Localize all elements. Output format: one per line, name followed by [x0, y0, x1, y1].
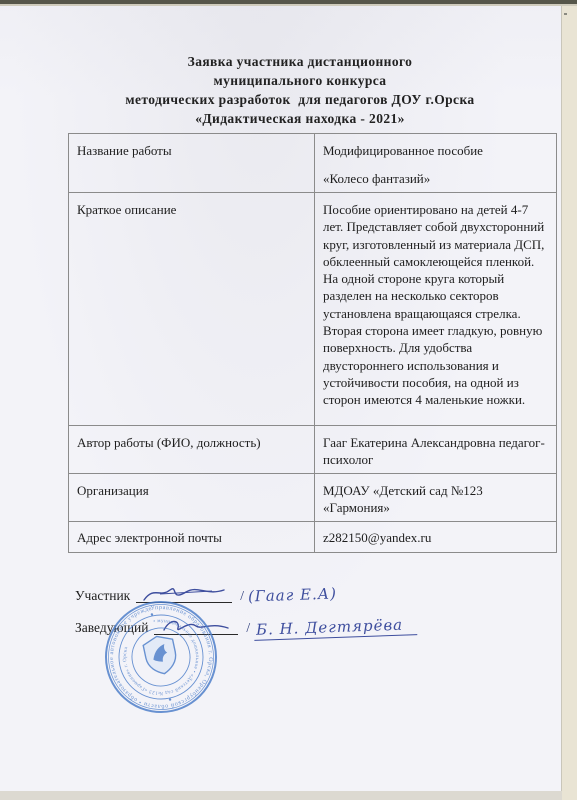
- table-row: Адрес электронной почты z282150@yandex.r…: [69, 521, 557, 552]
- row-value-description: Пособие ориентировано на детей 4-7 лет. …: [315, 193, 557, 426]
- work-title-line-1: Модифицированное пособие: [323, 142, 548, 159]
- row-label-organization: Организация: [69, 474, 315, 522]
- application-form-table: Название работы Модифицированное пособие…: [68, 133, 557, 553]
- head-signature-line: [154, 618, 238, 635]
- head-signature-row: Заведующий/Б. Н. Дегтярёва: [75, 618, 417, 650]
- head-name-handwritten: Б. Н. Дегтярёва: [254, 615, 418, 641]
- row-value-work-title: Модифицированное пособие «Колесо фантази…: [315, 134, 557, 193]
- participant-signature-stroke: [140, 584, 228, 606]
- row-value-email: z282150@yandex.ru: [315, 521, 557, 552]
- row-label-author: Автор работы (ФИО, должность): [69, 426, 315, 474]
- table-row: Название работы Модифицированное пособие…: [69, 134, 557, 193]
- row-label-description: Краткое описание: [69, 193, 315, 426]
- signature-separator: /: [246, 620, 250, 635]
- row-label-email: Адрес электронной почты: [69, 521, 315, 552]
- scan-edge-top-shadow: [0, 4, 577, 6]
- participant-name-handwritten: (Гааг Е.А): [248, 584, 338, 605]
- table-row: Автор работы (ФИО, должность) Гааг Екате…: [69, 426, 557, 474]
- table-row: Организация МДОАУ «Детский сад №123 «Гар…: [69, 474, 557, 522]
- signature-separator: /: [240, 588, 244, 603]
- title-line-2: муниципального конкурса: [18, 71, 577, 90]
- table-row: Краткое описание Пособие ориентировано н…: [69, 193, 557, 426]
- document-title: Заявка участника дистанционного муниципа…: [18, 52, 577, 128]
- scan-edge-bottom: [0, 791, 562, 800]
- row-value-organization: МДОАУ «Детский сад №123 «Гармония»: [315, 474, 557, 522]
- title-line-4: «Дидактическая находка - 2021»: [18, 109, 577, 128]
- signature-block: Участник/(Гааг Е.А) Заведующий/Б. Н. Дег…: [75, 586, 417, 650]
- title-line-1: Заявка участника дистанционного: [18, 52, 577, 71]
- head-label: Заведующий: [75, 620, 148, 636]
- work-title-line-2: «Колесо фантазий»: [323, 170, 548, 187]
- row-value-author: Гааг Екатерина Александровна педагог-пси…: [315, 426, 557, 474]
- participant-signature-line: [136, 586, 232, 603]
- row-label-work-title: Название работы: [69, 134, 315, 193]
- participant-signature-row: Участник/(Гааг Е.А): [75, 586, 417, 618]
- scan-speck: [564, 13, 567, 15]
- head-signature-stroke: [158, 616, 234, 638]
- participant-label: Участник: [75, 588, 130, 604]
- title-line-3: методических разработок для педагогов ДО…: [18, 90, 577, 109]
- scanned-document-page: Заявка участника дистанционного муниципа…: [0, 0, 577, 800]
